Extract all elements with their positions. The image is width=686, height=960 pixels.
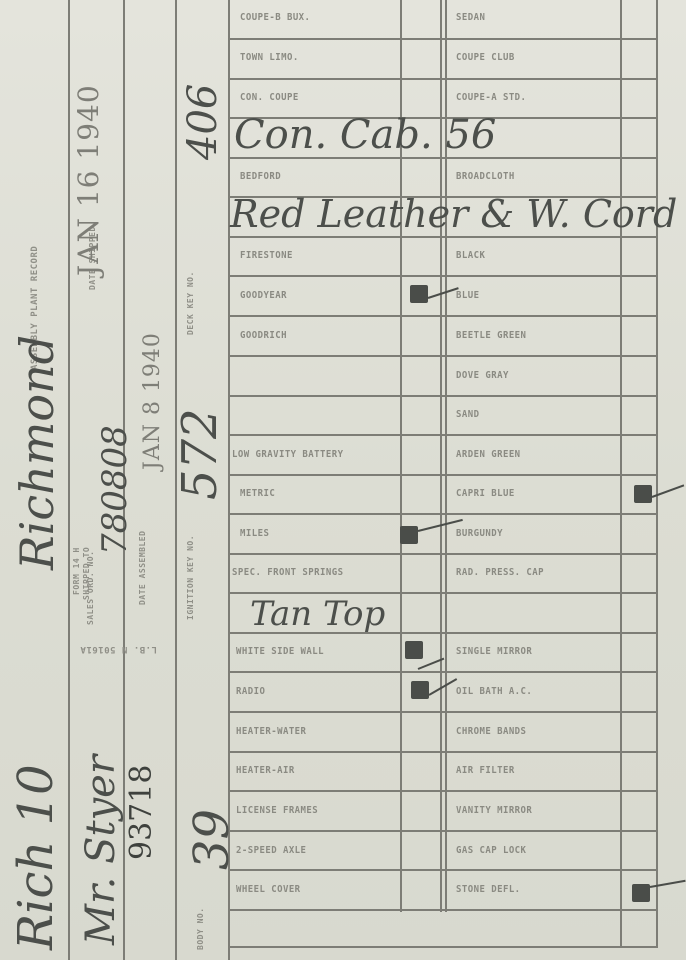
option-label-left: TOWN LIMO. <box>240 52 299 63</box>
row-line <box>228 275 658 277</box>
option-label-left: WHITE SIDE WALL <box>236 646 324 657</box>
option-label-left: HEATER-AIR <box>236 765 295 776</box>
check-mark-goodyear <box>410 285 428 303</box>
option-label-left: GOODYEAR <box>240 290 287 301</box>
ignition-key-label: IGNITION KEY NO. <box>186 535 195 620</box>
row-line <box>228 355 658 357</box>
assembly-plant-record-card: COUPE-B BUX. TOWN LIMO. CON. COUPE BEDFO… <box>0 0 686 960</box>
dealer-note-line2: Mr. Styer <box>78 755 124 945</box>
row-line <box>228 790 658 792</box>
lb-number: L.B. N 50161A <box>80 644 157 654</box>
option-label-left: GOODRICH <box>240 330 287 341</box>
form-label: FORM 14 H <box>72 547 81 595</box>
option-label-right: BLACK <box>456 250 485 261</box>
check-mark-radio <box>411 681 429 699</box>
check-tick <box>428 287 459 299</box>
deck-key-label: DECK KEY NO. <box>186 271 195 335</box>
ignition-key-value: 572 <box>172 408 228 500</box>
row-line <box>228 711 658 713</box>
shipped-to-value: Richmond <box>10 335 64 570</box>
option-label-left: SPEC. FRONT SPRINGS <box>232 567 344 578</box>
date-assembled-value: JAN 8 1940 <box>140 332 165 470</box>
handwritten-upholstery: Red Leather & W. Cord <box>230 192 677 236</box>
body-no-value: 39 <box>184 809 240 870</box>
handwritten-body-type: Con. Cab. 56 <box>234 112 496 158</box>
option-label-left: COUPE-B BUX. <box>240 12 310 23</box>
check-tick <box>429 678 458 696</box>
serial-stamp: 93718 <box>124 765 159 860</box>
row-line <box>228 395 658 397</box>
left-divider-1 <box>68 0 70 960</box>
check-mark-white-side-wall <box>405 641 423 659</box>
row-line <box>228 236 658 238</box>
option-label-right: COUPE-A STD. <box>456 92 526 103</box>
option-label-right: RAD. PRESS. CAP <box>456 567 544 578</box>
option-label-right: SAND <box>456 409 479 420</box>
option-label-right: CAPRI BLUE <box>456 488 515 499</box>
row-line <box>228 869 658 871</box>
row-line <box>228 909 658 911</box>
check-mark-miles <box>400 526 418 544</box>
row-line <box>228 474 658 476</box>
row-line <box>228 946 658 948</box>
option-label-right: OIL BATH A.C. <box>456 686 532 697</box>
row-line <box>228 830 658 832</box>
check-mark-stone-defl <box>632 884 650 902</box>
option-label-right: ARDEN GREEN <box>456 449 521 460</box>
option-label-right: COUPE CLUB <box>456 52 515 63</box>
date-shipped-value: JAN 16 1940 <box>72 84 105 276</box>
option-label-right: BLUE <box>456 290 479 301</box>
option-label-right: BROADCLOTH <box>456 171 515 182</box>
option-label-left: MILES <box>240 528 269 539</box>
dealer-note-line1: Rich 10 <box>8 764 64 950</box>
option-label-right: VANITY MIRROR <box>456 805 532 816</box>
handwritten-top-color: Tan Top <box>250 594 385 634</box>
check-mark-capri-blue <box>634 485 652 503</box>
option-label-right: BEETLE GREEN <box>456 330 526 341</box>
option-label-right: CHROME BANDS <box>456 726 526 737</box>
row-line <box>228 78 658 80</box>
option-label-right: DOVE GRAY <box>456 370 509 381</box>
row-line <box>228 513 658 515</box>
option-label-right: GAS CAP LOCK <box>456 845 526 856</box>
option-label-left: 2-SPEED AXLE <box>236 845 306 856</box>
row-line <box>228 434 658 436</box>
option-label-left: METRIC <box>240 488 275 499</box>
option-label-left: LOW GRAVITY BATTERY <box>232 449 344 460</box>
option-label-left: HEATER-WATER <box>236 726 306 737</box>
option-label-left: RADIO <box>236 686 265 697</box>
row-line <box>228 315 658 317</box>
deck-key-value: 406 <box>180 84 226 160</box>
option-label-left: LICENSE FRAMES <box>236 805 318 816</box>
option-label-right: AIR FILTER <box>456 765 515 776</box>
option-label-right: BURGUNDY <box>456 528 503 539</box>
option-label-left: CON. COUPE <box>240 92 299 103</box>
row-line <box>228 751 658 753</box>
option-label-right: STONE DEFL. <box>456 884 521 895</box>
sales-order-label: SALES ORD. NO. <box>86 551 95 625</box>
body-no-label: BODY NO. <box>196 907 205 950</box>
row-line <box>228 38 658 40</box>
option-label-left: BEDFORD <box>240 171 281 182</box>
row-line <box>228 671 658 673</box>
option-label-left: FIRESTONE <box>240 250 293 261</box>
row-line <box>228 553 658 555</box>
date-assembled-label: DATE ASSEMBLED <box>138 531 147 605</box>
sales-order-value: 780808 <box>95 425 135 555</box>
option-label-left: WHEEL COVER <box>236 884 301 895</box>
option-label-right: SEDAN <box>456 12 485 23</box>
option-label-right: SINGLE MIRROR <box>456 646 532 657</box>
